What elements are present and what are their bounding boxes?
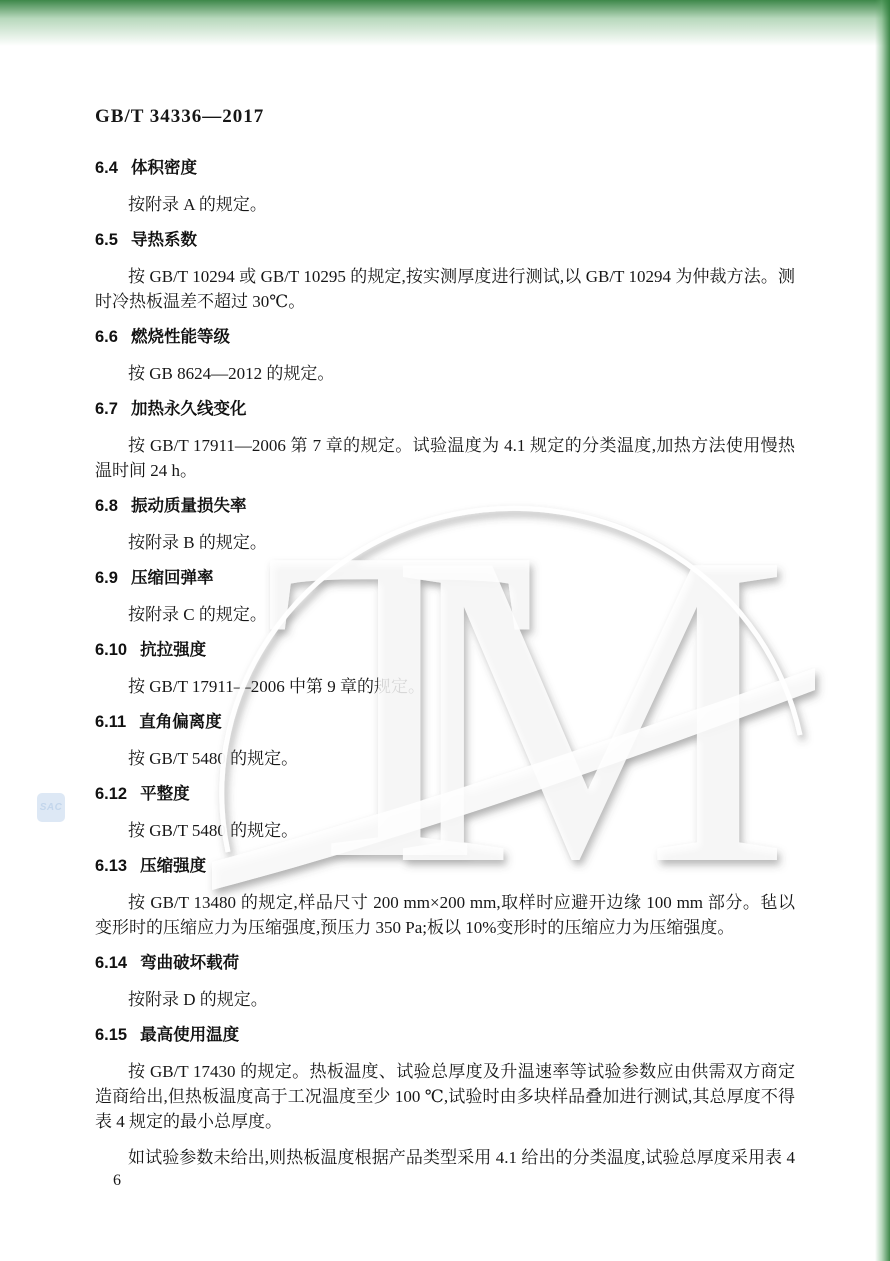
text-line: 如试验参数未给出,则热板温度根据产品类型采用 4.1 给出的分类温度,试验总厚度… <box>95 1145 795 1170</box>
section-heading: 6.15最高使用温度 <box>95 1023 795 1048</box>
section-heading: 6.10抗拉强度 <box>95 638 795 663</box>
text-line: 按 GB/T 5480 的规定。 <box>95 818 795 843</box>
section-heading: 6.7加热永久线变化 <box>95 397 795 422</box>
section-number: 6.15 <box>95 1026 127 1044</box>
page-number: 6 <box>95 1168 795 1193</box>
section-heading: 6.8振动质量损失率 <box>95 494 795 519</box>
section-title: 平整度 <box>140 785 190 803</box>
section-heading: 6.5导热系数 <box>95 228 795 253</box>
section-title: 燃烧性能等级 <box>131 328 230 346</box>
section-title: 加热永久线变化 <box>131 400 247 418</box>
section-heading: 6.9压缩回弹率 <box>95 566 795 591</box>
document-page: T M GB/T 34336—2017 6.4体积密度按附录 A 的规定。6.5… <box>0 0 890 1261</box>
section-title: 振动质量损失率 <box>131 497 247 515</box>
sac-badge: SAC <box>37 793 65 822</box>
sections-container: 6.4体积密度按附录 A 的规定。6.5导热系数按 GB/T 10294 或 G… <box>95 156 795 1170</box>
text-line: 变形时的压缩应力为压缩强度,预压力 350 Pa;板以 10%变形时的压缩应力为… <box>95 915 795 940</box>
text-line: 按 GB/T 17911—2006 中第 9 章的规定。 <box>95 674 795 699</box>
section-heading: 6.11直角偏离度 <box>95 710 795 735</box>
text-line: 按附录 A 的规定。 <box>95 192 795 217</box>
section-number: 6.4 <box>95 159 118 177</box>
scan-edge-top-gradient <box>0 0 890 46</box>
section-heading: 6.4体积密度 <box>95 156 795 181</box>
section-number: 6.8 <box>95 497 118 515</box>
section-number: 6.12 <box>95 785 127 803</box>
text-line: 按 GB/T 5480 的规定。 <box>95 746 795 771</box>
section-title: 抗拉强度 <box>140 641 206 659</box>
text-line: 按 GB 8624—2012 的规定。 <box>95 361 795 386</box>
text-line: 按附录 D 的规定。 <box>95 987 795 1012</box>
text-line: 按 GB/T 10294 或 GB/T 10295 的规定,按实测厚度进行测试,… <box>95 264 795 289</box>
scan-edge-right-gradient <box>875 0 890 1261</box>
text-line: 时冷热板温差不超过 30℃。 <box>95 289 795 314</box>
section-title: 压缩回弹率 <box>131 569 214 587</box>
section-title: 体积密度 <box>131 159 197 177</box>
section-title: 压缩强度 <box>140 857 206 875</box>
section-heading: 6.14弯曲破坏载荷 <box>95 951 795 976</box>
standard-number: GB/T 34336—2017 <box>95 104 795 129</box>
section-title: 最高使用温度 <box>140 1026 239 1044</box>
section-number: 6.14 <box>95 954 127 972</box>
section-number: 6.11 <box>95 713 126 731</box>
text-line: 按 GB/T 17430 的规定。热板温度、试验总厚度及升温速率等试验参数应由供… <box>95 1059 795 1084</box>
section-number: 6.7 <box>95 400 118 418</box>
text-line: 按 GB/T 17911—2006 第 7 章的规定。试验温度为 4.1 规定的… <box>95 433 795 458</box>
section-number: 6.6 <box>95 328 118 346</box>
section-title: 直角偏离度 <box>139 713 222 731</box>
section-heading: 6.6燃烧性能等级 <box>95 325 795 350</box>
section-heading: 6.12平整度 <box>95 782 795 807</box>
text-line: 按附录 C 的规定。 <box>95 602 795 627</box>
text-line: 按 GB/T 13480 的规定,样品尺寸 200 mm×200 mm,取样时应… <box>95 890 795 915</box>
text-line: 表 4 规定的最小总厚度。 <box>95 1109 795 1134</box>
text-line: 造商给出,但热板温度高于工况温度至少 100 ℃,试验时由多块样品叠加进行测试,… <box>95 1084 795 1109</box>
section-number: 6.5 <box>95 231 118 249</box>
section-number: 6.13 <box>95 857 127 875</box>
text-line: 温时间 24 h。 <box>95 458 795 483</box>
section-number: 6.10 <box>95 641 127 659</box>
sac-badge-label: SAC <box>40 802 63 813</box>
section-title: 导热系数 <box>131 231 197 249</box>
section-title: 弯曲破坏载荷 <box>140 954 239 972</box>
page-content: GB/T 34336—2017 6.4体积密度按附录 A 的规定。6.5导热系数… <box>95 104 795 1193</box>
text-line: 按附录 B 的规定。 <box>95 530 795 555</box>
section-number: 6.9 <box>95 569 118 587</box>
section-heading: 6.13压缩强度 <box>95 854 795 879</box>
